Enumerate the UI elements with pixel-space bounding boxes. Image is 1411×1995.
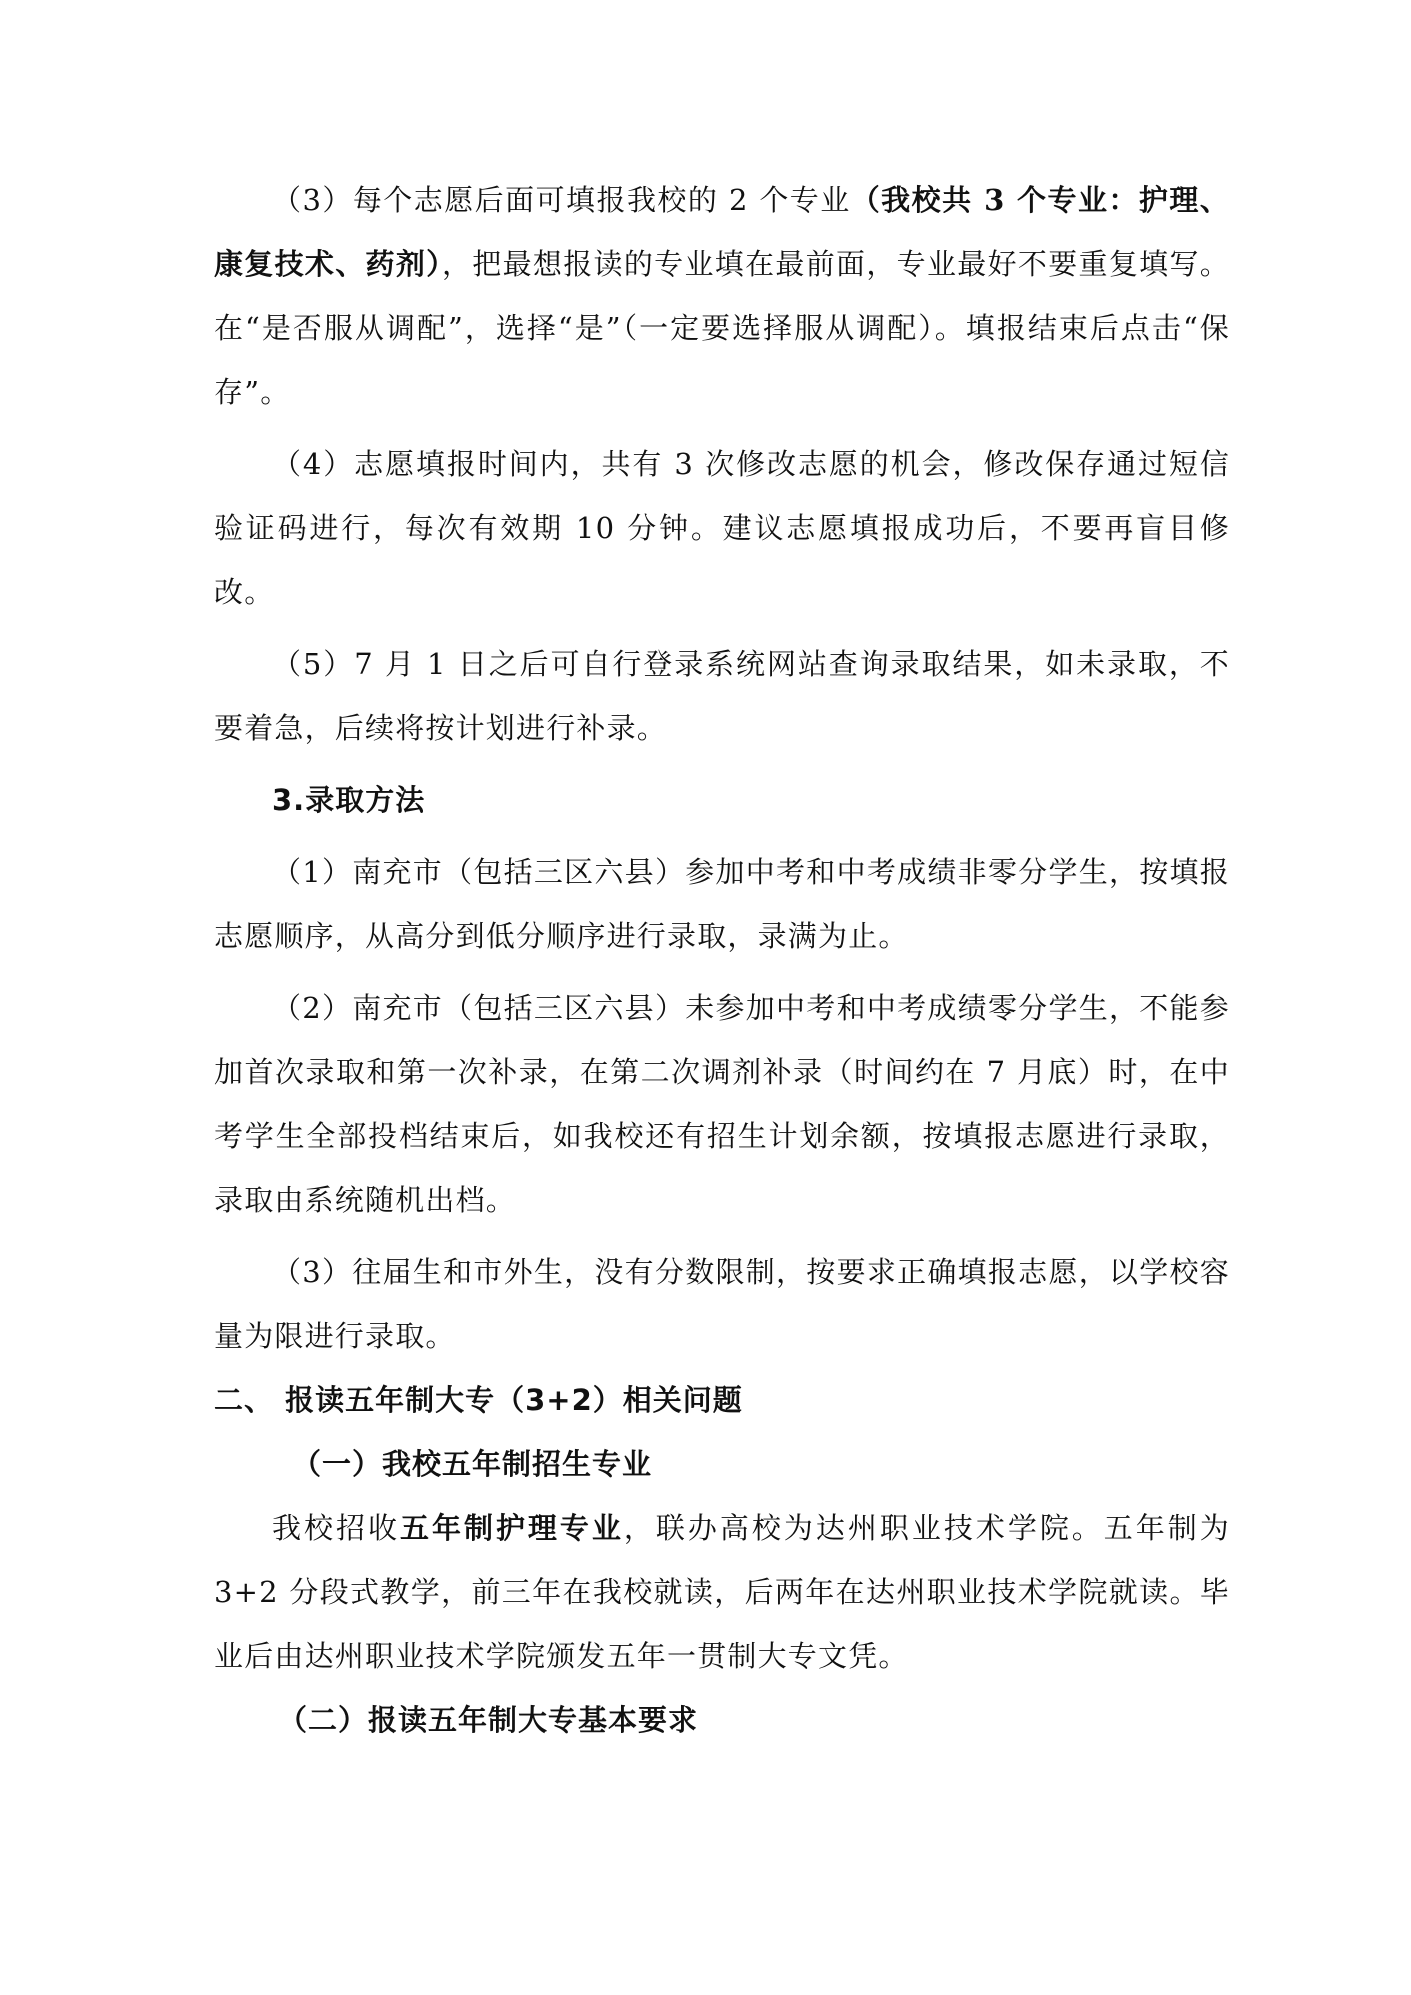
paragraph-five-year-majors: 我校招收五年制护理专业，联办高校为达州职业技术学院。五年制为 3+2 分段式教学…: [214, 1496, 1230, 1688]
para-3-prefix: （3）每个志愿后面可填报我校的 2 个专业: [272, 183, 851, 217]
subheading-basic-requirements: （二）报读五年制大专基本要求: [214, 1688, 1230, 1752]
document-page: （3）每个志愿后面可填报我校的 2 个专业（我校共 3 个专业：护理、康复技术、…: [214, 168, 1230, 1752]
paragraph-volunteer-majors: （3）每个志愿后面可填报我校的 2 个专业（我校共 3 个专业：护理、康复技术、…: [214, 168, 1230, 424]
sub-1-prefix: 我校招收: [272, 1511, 400, 1545]
sub-1-bold-nursing: 五年制护理专业: [400, 1511, 624, 1545]
section-heading-five-year: 二、 报读五年制大专（3+2）相关问题: [214, 1368, 1230, 1432]
paragraph-admission-3: （3）往届生和市外生，没有分数限制，按要求正确填报志愿，以学校容量为限进行录取。: [214, 1240, 1230, 1368]
paragraph-query-results: （5）7 月 1 日之后可自行登录系统网站查询录取结果，如未录取，不要着急，后续…: [214, 632, 1230, 760]
paragraph-admission-1: （1）南充市（包括三区六县）参加中考和中考成绩非零分学生，按填报志愿顺序，从高分…: [214, 840, 1230, 968]
paragraph-modification-chances: （4）志愿填报时间内，共有 3 次修改志愿的机会，修改保存通过短信验证码进行，每…: [214, 432, 1230, 624]
heading-admission-method: 3.录取方法: [214, 768, 1230, 832]
subheading-five-year-majors: （一）我校五年制招生专业: [214, 1432, 1230, 1496]
paragraph-admission-2: （2）南充市（包括三区六县）未参加中考和中考成绩零分学生，不能参加首次录取和第一…: [214, 976, 1230, 1232]
